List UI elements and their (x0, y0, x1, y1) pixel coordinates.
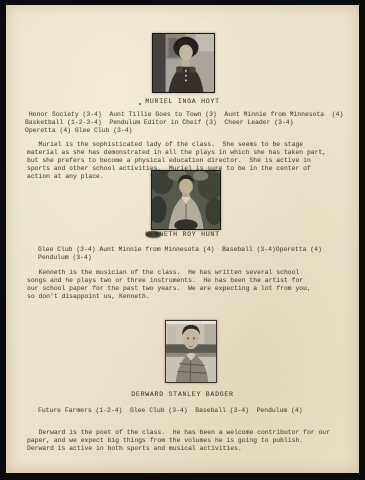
portrait-man-outdoors-image (152, 171, 220, 229)
student-name: MURIEL INGA HOYT (0, 98, 365, 105)
student-activities: Future Farmers (1-2-4) Glee Club (3-4) B… (38, 407, 358, 415)
scanned-page-frame: MURIEL INGA HOYT Honor Society (3-4) Aun… (0, 0, 365, 480)
student-photo-muriel (152, 33, 215, 93)
student-activities: Honor Society (3-4) Aunt Tillie Goes to … (25, 111, 355, 135)
student-name: KENNETH ROY HUNT (0, 231, 365, 238)
student-photo-derward (165, 320, 217, 383)
student-bio: Kenneth is the musician of the class. He… (27, 269, 347, 301)
student-photo-kenneth (151, 170, 221, 230)
student-bio: Derward is the poet of the class. He has… (27, 429, 352, 453)
student-name: DERWARD STANLEY BADGER (0, 391, 365, 398)
portrait-woman-image (153, 34, 214, 92)
ink-smudge (146, 231, 161, 238)
student-activities: Glee Club (3-4) Aunt Minnie from Minneso… (38, 246, 358, 262)
portrait-man-indoors-image (166, 321, 216, 382)
